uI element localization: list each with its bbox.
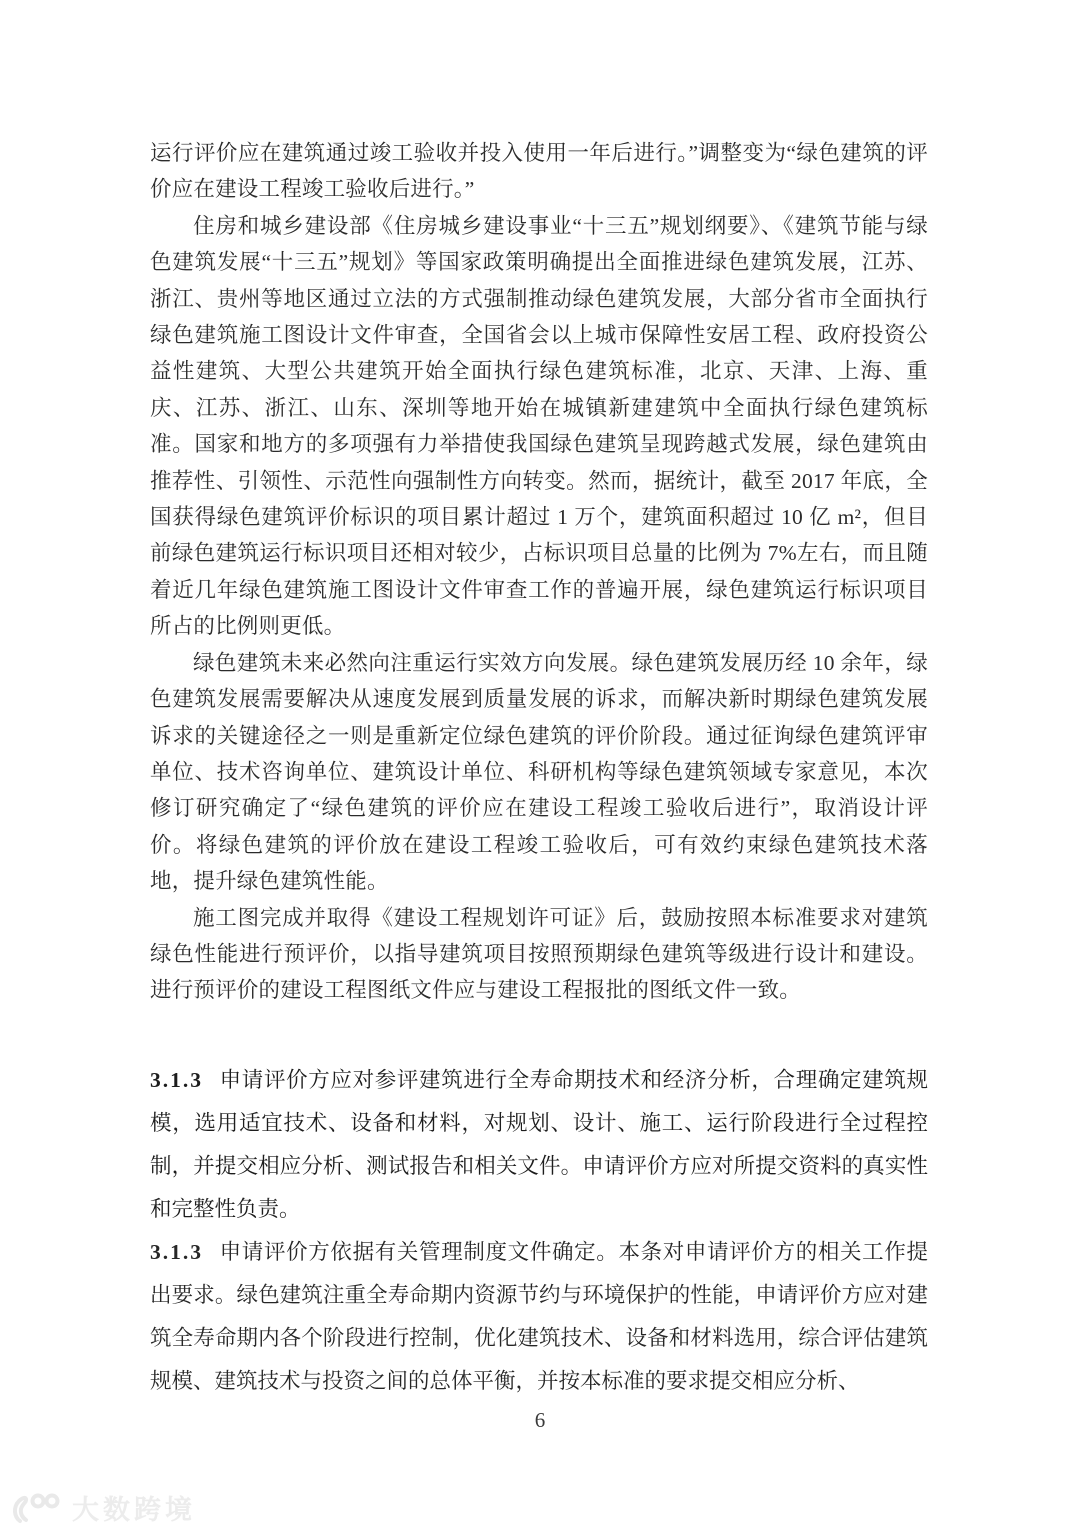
page-body: 运行评价应在建筑通过竣工验收并投入使用一年后进行。”调整变为“绿色建筑的评价应在… [150,135,928,1009]
section-3-1-3: 3.1.3申请评价方应对参评建筑进行全寿命期技术和经济分析，合理确定建筑规模，选… [150,1059,928,1403]
body-paragraph-continuation: 运行评价应在建筑通过竣工验收并投入使用一年后进行。”调整变为“绿色建筑的评价应在… [150,135,928,208]
clause-statement-text: 申请评价方应对参评建筑进行全寿命期技术和经济分析，合理确定建筑规模，选用适宜技术… [150,1068,928,1221]
body-paragraph: 住房和城乡建设部《住房城乡建设事业“十三五”规划纲要》、《建筑节能与绿色建筑发展… [150,208,928,645]
clause-explanation: 3.1.3申请评价方依据有关管理制度文件确定。本条对申请评价方的相关工作提出要求… [150,1231,928,1403]
body-paragraph: 施工图完成并取得《建设工程规划许可证》后，鼓励按照本标准要求对建筑绿色性能进行预… [150,900,928,1009]
watermark-text: 大数跨境 [72,1488,196,1527]
document-page: 运行评价应在建筑通过竣工验收并投入使用一年后进行。”调整变为“绿色建筑的评价应在… [0,0,1080,1527]
watermark-logo [10,1491,62,1525]
body-paragraph: 绿色建筑未来必然向注重运行实效方向发展。绿色建筑发展历经 10 余年，绿色建筑发… [150,645,928,900]
watermark: 大数跨境 [10,1488,196,1527]
clause-number: 3.1.3 [150,1240,203,1264]
clause-explanation-text: 申请评价方依据有关管理制度文件确定。本条对申请评价方的相关工作提出要求。绿色建筑… [150,1240,928,1393]
clause-number: 3.1.3 [150,1068,203,1092]
clause-statement: 3.1.3申请评价方应对参评建筑进行全寿命期技术和经济分析，合理确定建筑规模，选… [150,1059,928,1231]
page-number: 6 [0,1408,1080,1433]
